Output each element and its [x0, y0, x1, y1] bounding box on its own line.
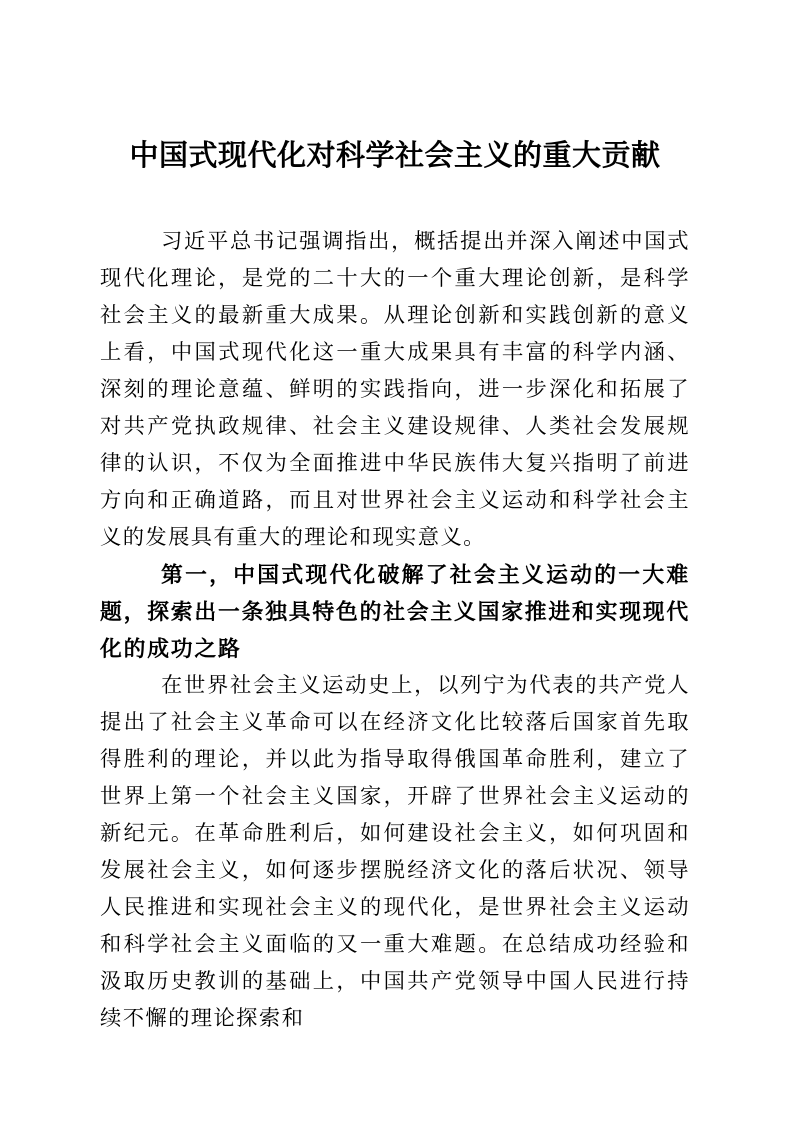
document-title: 中国式现代化对科学社会主义的重大贡献 — [100, 136, 690, 176]
document-body: 习近平总书记强调指出，概括提出并深入阐述中国式现代化理论，是党的二十大的一个重大… — [100, 223, 690, 1037]
document-page: 中国式现代化对科学社会主义的重大贡献 习近平总书记强调指出，概括提出并深入阐述中… — [0, 0, 793, 1122]
section-heading-first-point: 第一，中国式现代化破解了社会主义运动的一大难题，探索出一条独具特色的社会主义国家… — [100, 556, 690, 667]
paragraph-intro: 习近平总书记强调指出，概括提出并深入阐述中国式现代化理论，是党的二十大的一个重大… — [100, 223, 690, 556]
paragraph-history: 在世界社会主义运动史上，以列宁为代表的共产党人提出了社会主义革命可以在经济文化比… — [100, 667, 690, 1037]
